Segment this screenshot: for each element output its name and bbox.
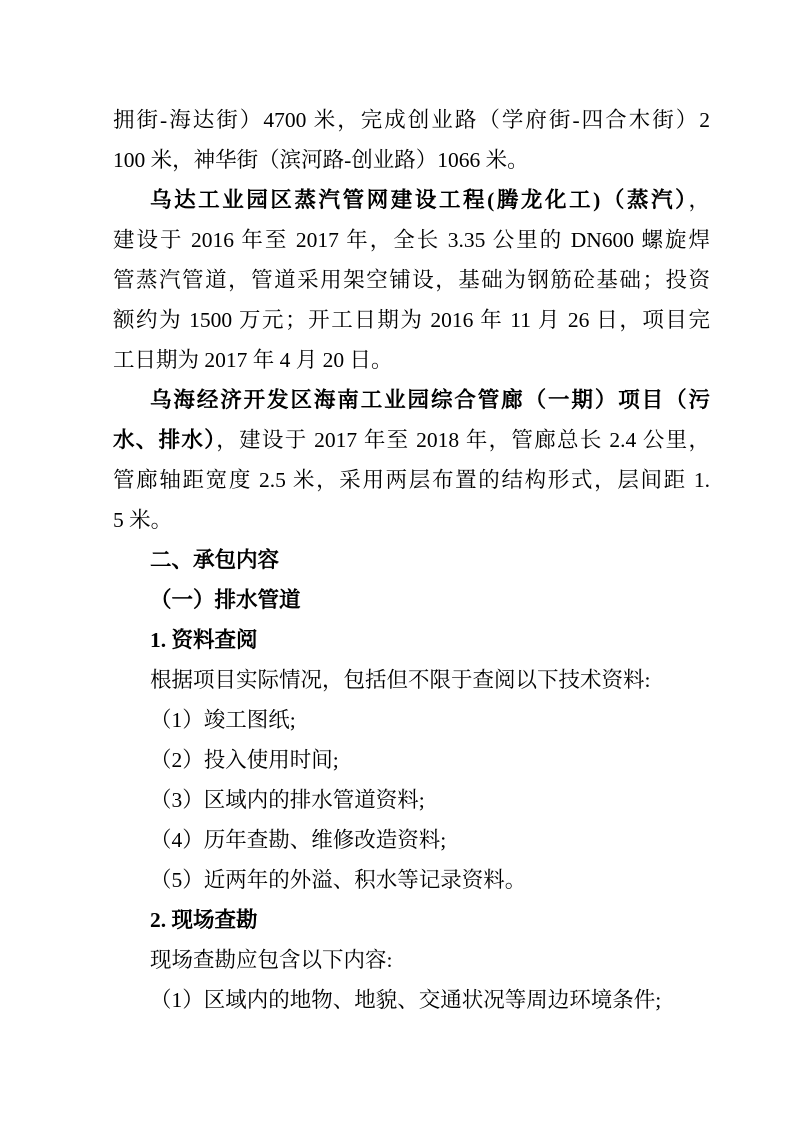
paragraph-line: 额约为 1500 万元；开工日期为 2016 年 11 月 26 日，项目完 [113, 300, 710, 340]
text-segment: 额约为 1500 万元；开工日期为 2016 年 11 月 26 日，项目完 [113, 308, 710, 332]
sub-heading: （一）排水管道 [113, 580, 710, 620]
text-segment: 现场查勘应包含以下内容: [150, 948, 392, 972]
list-item: （1）区域内的地物、地貌、交通状况等周边环境条件; [113, 980, 710, 1020]
paragraph-line: 根据项目实际情况，包括但不限于查阅以下技术资料: [113, 660, 710, 700]
text-segment: 乌海经济开发区海南工业园综合管廊（一期）项目（污 [150, 388, 710, 412]
text-segment: 2. 现场查勘 [150, 908, 258, 932]
paragraph-line: 建设于 2016 年至 2017 年，全长 3.35 公里的 DN600 螺旋焊 [113, 220, 710, 260]
numbered-heading: 1. 资料查阅 [113, 620, 710, 660]
text-segment: 管蒸汽管道，管道采用架空铺设，基础为钢筋砼基础；投资 [113, 268, 710, 292]
paragraph-line: 乌达工业园区蒸汽管网建设工程(腾龙化工)（蒸汽）， [113, 180, 710, 220]
text-segment: （1）区域内的地物、地貌、交通状况等周边环境条件; [150, 988, 661, 1012]
section-heading: 二、承包内容 [113, 540, 710, 580]
text-segment: （1）竣工图纸; [150, 708, 296, 732]
paragraph-line: 水、排水），建设于 2017 年至 2018 年，管廊总长 2.4 公里， [113, 420, 710, 460]
text-segment: 拥街-海达街）4700 米，完成创业路（学府街-四合木街）2 [113, 108, 710, 132]
paragraph-line: 乌海经济开发区海南工业园综合管廊（一期）项目（污 [113, 380, 710, 420]
list-item: （3）区域内的排水管道资料; [113, 780, 710, 820]
text-segment: （5）近两年的外溢、积水等记录资料。 [150, 868, 526, 892]
text-segment: ，建设于 2017 年至 2018 年，管廊总长 2.4 公里， [216, 428, 710, 452]
paragraph-line: 现场查勘应包含以下内容: [113, 940, 710, 980]
paragraph-line: 100 米，神华街（滨河路-创业路）1066 米。 [113, 140, 710, 180]
list-item: （1）竣工图纸; [113, 700, 710, 740]
list-item: （5）近两年的外溢、积水等记录资料。 [113, 860, 710, 900]
text-segment: 5 米。 [113, 508, 172, 532]
text-segment: 根据项目实际情况，包括但不限于查阅以下技术资料: [150, 668, 650, 692]
text-segment: （2）投入使用时间; [150, 748, 339, 772]
text-segment: （3）区域内的排水管道资料; [150, 788, 425, 812]
text-segment: （4）历年查勘、维修改造资料; [150, 828, 446, 852]
text-segment: 建设于 2016 年至 2017 年，全长 3.35 公里的 DN600 螺旋焊 [113, 228, 710, 252]
text-segment: 二、承包内容 [150, 548, 279, 572]
paragraph-line: 拥街-海达街）4700 米，完成创业路（学府街-四合木街）2 [113, 100, 710, 140]
numbered-heading: 2. 现场查勘 [113, 900, 710, 940]
text-segment: 工日期为 2017 年 4 月 20 日。 [113, 348, 393, 372]
paragraph-line: 5 米。 [113, 500, 710, 540]
document-page: 拥街-海达街）4700 米，完成创业路（学府街-四合木街）2100 米，神华街（… [0, 0, 793, 1122]
text-segment: 乌达工业园区蒸汽管网建设工程(腾龙化工)（蒸汽） [150, 188, 688, 212]
text-segment: 管廊轴距宽度 2.5 米，采用两层布置的结构形式，层间距 1. [113, 468, 710, 492]
text-segment: 水、排水） [113, 428, 216, 452]
text-segment: （一）排水管道 [150, 588, 301, 612]
paragraph-line: 管蒸汽管道，管道采用架空铺设，基础为钢筋砼基础；投资 [113, 260, 710, 300]
list-item: （2）投入使用时间; [113, 740, 710, 780]
text-segment: ， [688, 188, 710, 212]
paragraph-line: 工日期为 2017 年 4 月 20 日。 [113, 340, 710, 380]
document-content: 拥街-海达街）4700 米，完成创业路（学府街-四合木街）2100 米，神华街（… [113, 100, 710, 1020]
text-segment: 100 米，神华街（滨河路-创业路）1066 米。 [113, 148, 529, 172]
paragraph-line: 管廊轴距宽度 2.5 米，采用两层布置的结构形式，层间距 1. [113, 460, 710, 500]
list-item: （4）历年查勘、维修改造资料; [113, 820, 710, 860]
text-segment: 1. 资料查阅 [150, 628, 258, 652]
